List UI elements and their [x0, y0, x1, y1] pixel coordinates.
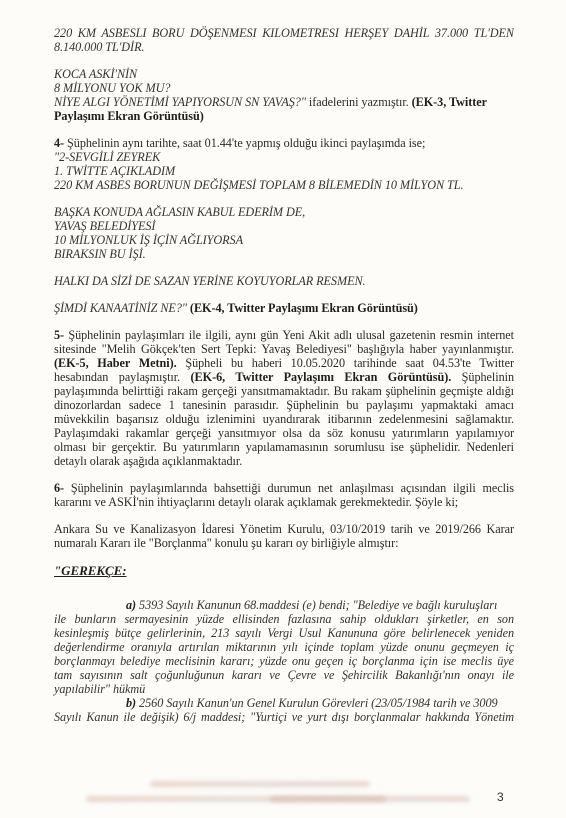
page-number: 3	[497, 790, 504, 804]
clause-text: 5393 Sayılı Kanunun 68.maddesi (e) bendi…	[136, 598, 497, 612]
paragraph-number: 5-	[54, 328, 64, 342]
text-line: müvekkilin başarısız olduğu izlenimini u…	[54, 412, 514, 426]
text-line: NİYE ALGI YÖNETİMİ YAPIYORSUN SN YAVAŞ?"…	[54, 95, 514, 109]
clause-b-line: Sayılı Kanun ile değişik) 6/j maddesi; "…	[54, 710, 514, 724]
quote-line: 1. TWİTTE AÇIKLADIM	[54, 164, 514, 178]
text-line: dinozorlardan sadece 1 tanesinin parasıd…	[54, 398, 514, 412]
plain-text: Şüphelinin	[451, 370, 514, 384]
paragraph-6-line: 6- Şüphelinin paylaşımlarında bahsettiği…	[54, 481, 514, 495]
plain-text: Şüphelinin aynı tarihte, saat 01.44'te y…	[64, 136, 425, 150]
document-page: 220 KM ASBESLI BORU DÖŞENMESI KILOMETRES…	[0, 0, 566, 818]
text-line: detaylı olarak aşağıda açıklanmaktadır.	[54, 454, 514, 468]
annex-reference: (EK-6, Twitter Paylaşımı Ekran Görüntüsü…	[191, 370, 452, 384]
plain-text: ifadelerini yazmıştır.	[306, 95, 412, 109]
quote-line: HALKI DA SİZİ DE SAZAN YERİNE KOYUYORLAR…	[54, 274, 514, 288]
text-line: 220 KM ASBESLI BORU DÖŞENMESI KILOMETRES…	[54, 26, 514, 40]
clause-a-line: yapılabilir" hükmü	[54, 682, 514, 696]
paragraph-number: 4-	[54, 136, 64, 150]
text-line: paylaşımında belirttiği rakam gerçeği ya…	[54, 384, 514, 398]
text-line: 8 MİLYONU YOK MU?	[54, 81, 514, 95]
text-line: Paylaşımdaki rakamlar gerçeği yansıtmıyo…	[54, 426, 514, 440]
clause-a-line: ile bunların sermayesinin yüzde ellisind…	[54, 612, 514, 626]
paragraph-number: 6-	[54, 481, 64, 495]
text-line: (EK-5, Haber Metni). Şüpheli bu haberi 1…	[54, 356, 514, 370]
text-line: sitesinde "Melih Gökçek'ten Sert Tepki: …	[54, 342, 514, 356]
clause-label: b)	[126, 696, 136, 710]
quote-line: BAŞKA KONUDA AĞLASIN KABUL EDERİM DE,	[54, 205, 514, 219]
text-line: olması bir gerçektir. Bu yatırımların ya…	[54, 440, 514, 454]
text-line: numaralı Kararı ile "Borçlanma" konulu ş…	[54, 536, 514, 550]
text-line: Ankara Su ve Kanalizasyon İdaresi Yöneti…	[54, 522, 514, 536]
clause-a-line: değerlendirme oranıyla artırılan miktarı…	[54, 640, 514, 654]
quote-line: 10 MİLYONLUK İŞ İÇİN AĞLIYORSA	[54, 233, 514, 247]
clause-a-line: borçlanmayı belediye meclisinin kararı; …	[54, 654, 514, 668]
section-heading: "GEREKÇE:	[54, 564, 514, 578]
text-line: KOCA ASKİ'NİN	[54, 67, 514, 81]
quote-line: 220 KM ASBES BORUNUN DEĞİŞMESİ TOPLAM 8 …	[54, 178, 514, 192]
quote-line: "2-SEVGİLİ ZEYREK	[54, 150, 514, 164]
annex-reference: (EK-5, Haber Metni).	[54, 356, 177, 370]
plain-text: Şüpheli bu haberi 10.05.2020 tarihinde s…	[177, 356, 514, 370]
text-line: hesabından paylaşmıştır. (EK-6, Twitter …	[54, 370, 514, 384]
plain-text: hesabından paylaşmıştır.	[54, 370, 191, 384]
plain-text: Şüphelinin paylaşımlarında bahsettiği du…	[64, 481, 514, 495]
paragraph-4-line: 4- Şüphelinin aynı tarihte, saat 01.44't…	[54, 136, 514, 150]
clause-a-line: a) 5393 Sayılı Kanunun 68.maddesi (e) be…	[54, 598, 514, 612]
plain-text: Şüphelinin paylaşımları ile ilgili, aynı…	[64, 328, 514, 342]
annex-reference: (EK-3, Twitter	[412, 95, 487, 109]
clause-text: 2560 Sayılı Kanun'un Genel Kurulun Görev…	[136, 696, 498, 710]
quote-line: YAVAŞ BELEDİYESİ	[54, 219, 514, 233]
quote-line: ŞİMDİ KANAATİNİZ NE?" (EK-4, Twitter Pay…	[54, 301, 514, 315]
quote-text: ŞİMDİ KANAATİNİZ NE?"	[54, 301, 187, 315]
quote-line: BIRAKSIN BU İŞİ.	[54, 247, 514, 261]
paragraph-5-line: 5- Şüphelinin paylaşımları ile ilgili, a…	[54, 328, 514, 342]
clause-label: a)	[126, 598, 136, 612]
text-line: 8.140.000 TL'DİR.	[54, 40, 514, 54]
annex-reference: (EK-4, Twitter Paylaşımı Ekran Görüntüsü…	[187, 301, 418, 315]
annex-reference: Paylaşımı Ekran Görüntüsü)	[54, 109, 514, 123]
clause-a-line: tam sayısının salt çoğunluğunun kararı v…	[54, 668, 514, 682]
text-line: kararını ve ASKİ'nin ihtiyaçlarını detay…	[54, 495, 514, 509]
quote-text: NİYE ALGI YÖNETİMİ YAPIYORSUN SN YAVAŞ?"	[54, 95, 306, 109]
clause-a-line: kesinleşmiş bütçe gelirlerinin, 213 sayı…	[54, 626, 514, 640]
clause-b-line: b) 2560 Sayılı Kanun'un Genel Kurulun Gö…	[54, 696, 514, 710]
